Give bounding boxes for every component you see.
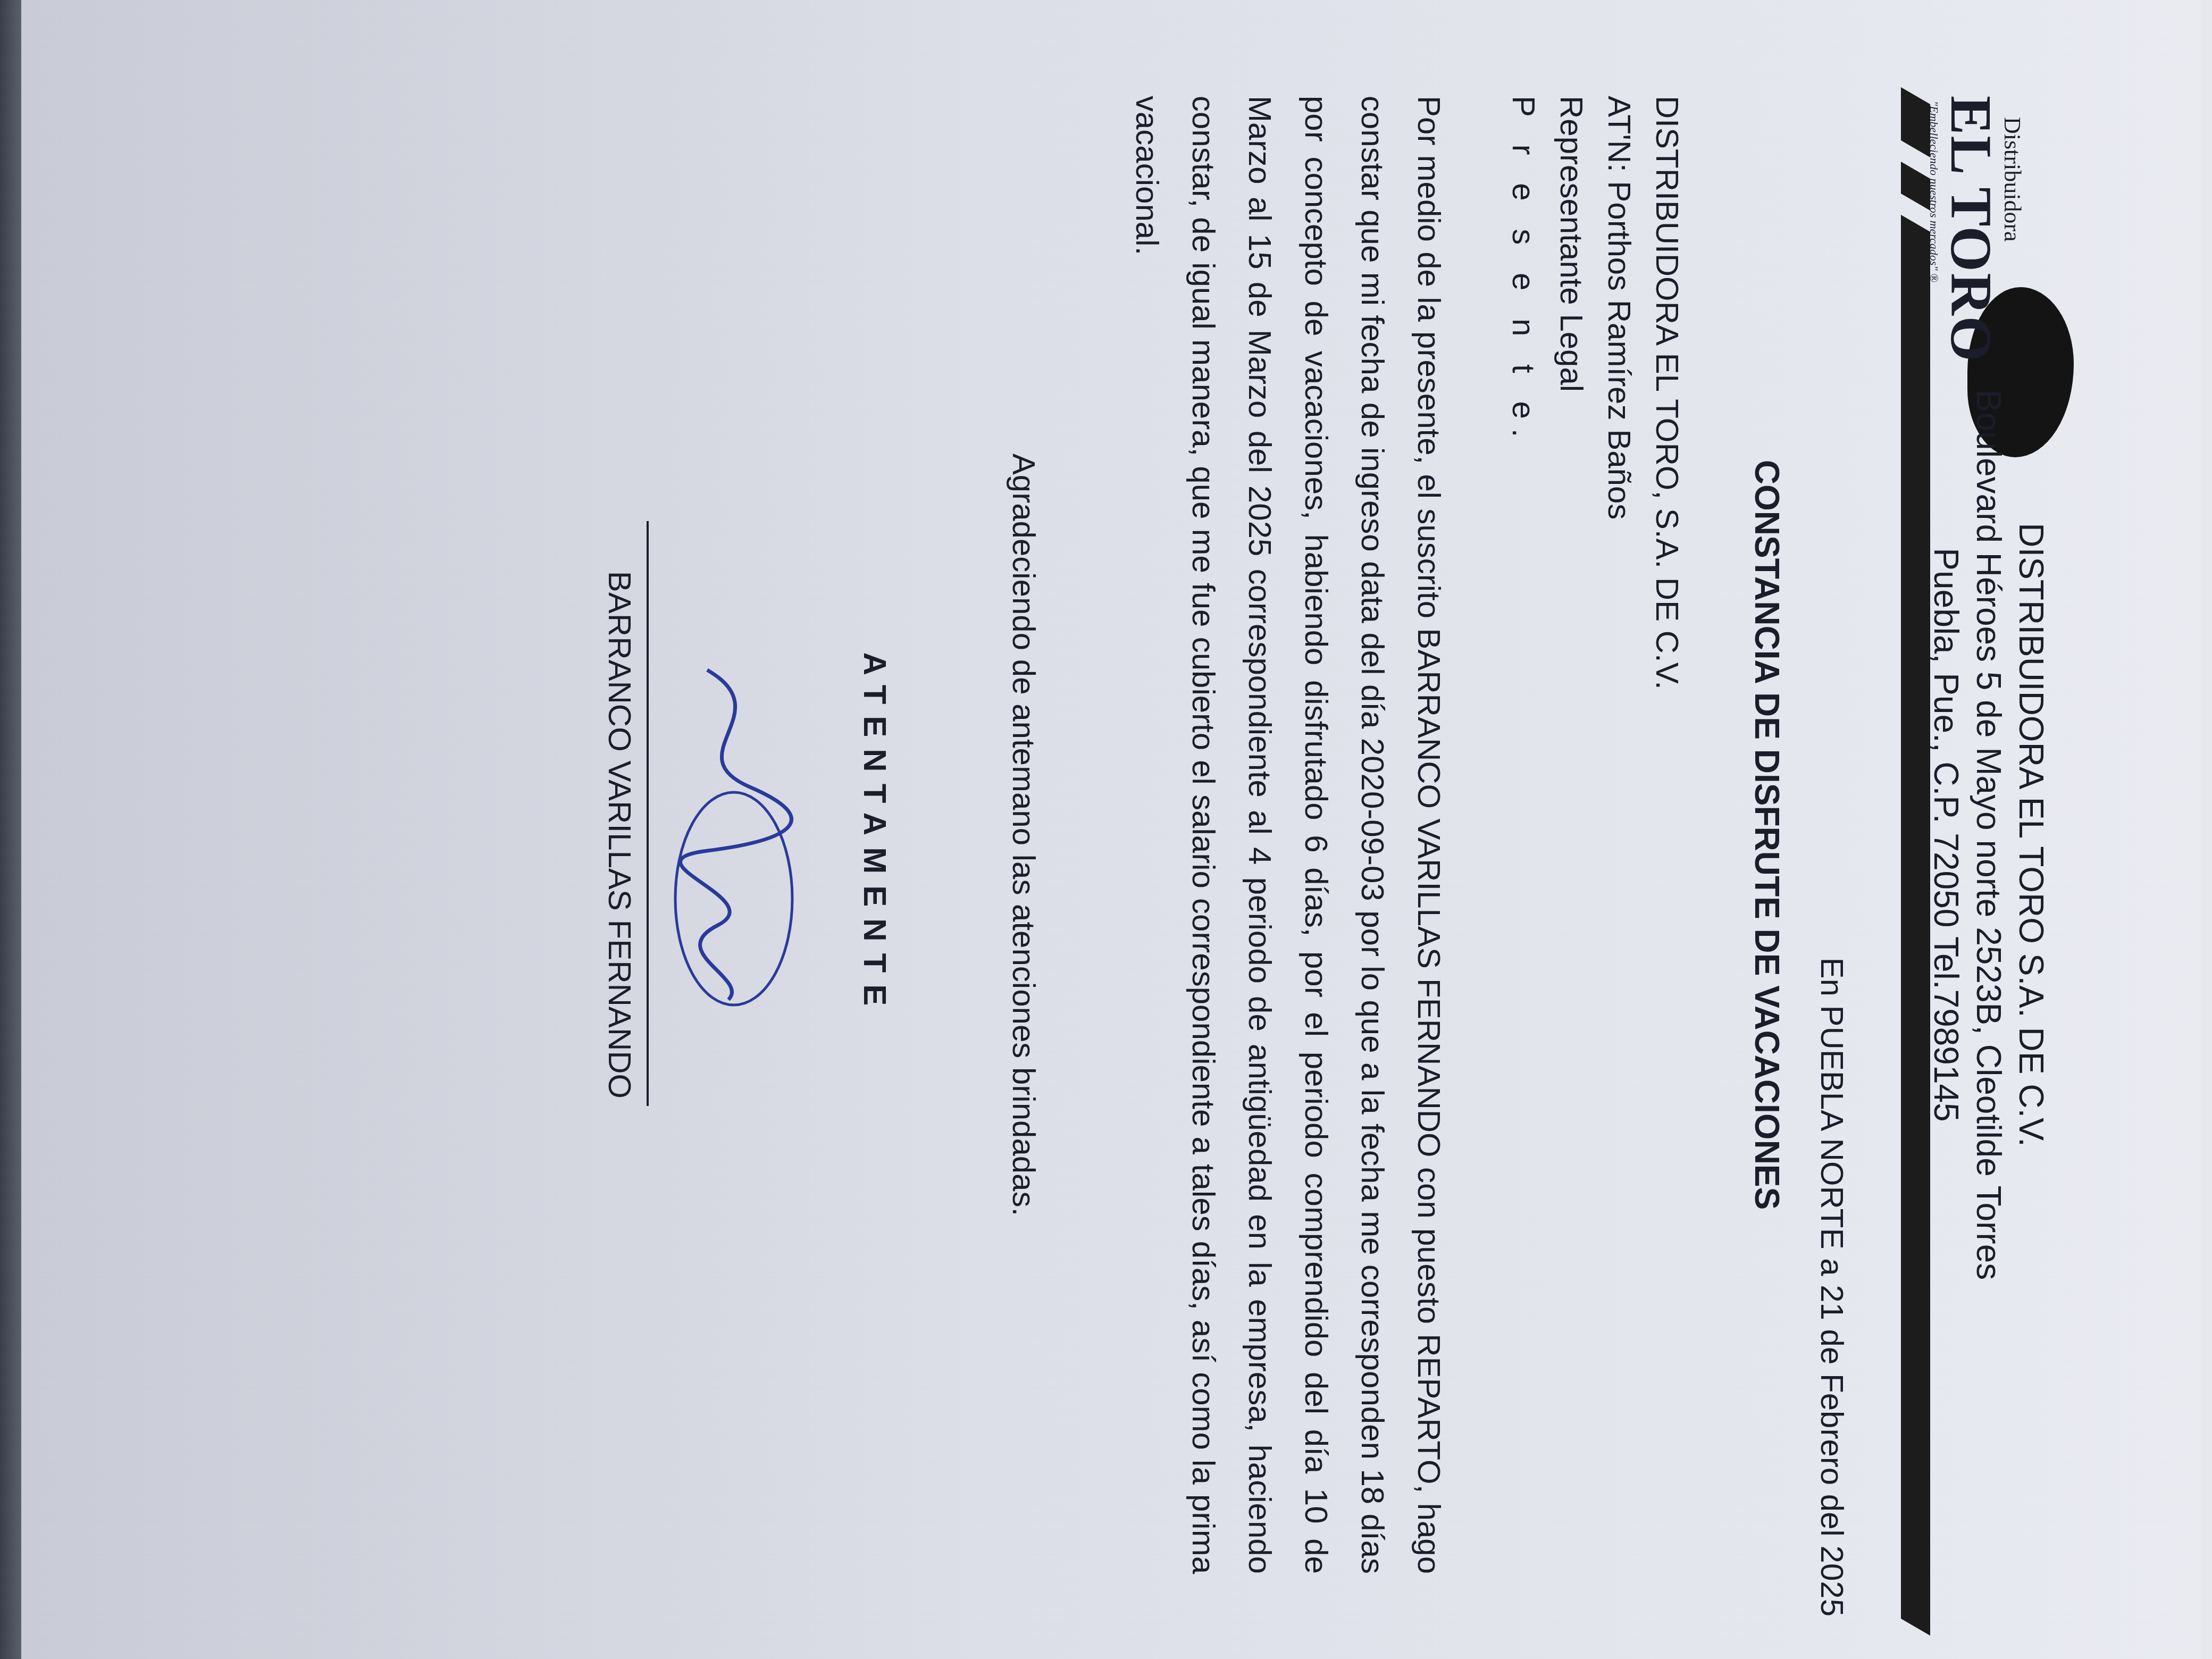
addressee-block: DISTRIBUIDORA EL TORO, S.A. DE C.V. AT'N… <box>1499 96 1691 690</box>
closing: ATENTAMENTE <box>857 21 893 1648</box>
thanks-line: Agradeciendo de antemano las atenciones … <box>1006 21 1042 1648</box>
decorative-bars <box>1898 96 1930 1638</box>
date-line: En PUEBLA NORTE a 21 de Febrero del 2025 <box>1814 957 1850 1616</box>
addressee-attention: AT'N: Porthos Ramírez Baños <box>1595 96 1643 690</box>
addressee-company: DISTRIBUIDORA EL TORO, S.A. DE C.V. <box>1643 96 1691 690</box>
bar-segment <box>1901 215 1930 1636</box>
letterhead-address-1: Boulevard Héroes 5 de Mayo norte 2523B, … <box>1967 21 2010 1648</box>
letterhead: DISTRIBUIDORA EL TORO S.A. DE C.V. Boule… <box>1925 21 2052 1648</box>
signature-line <box>647 521 649 1106</box>
addressee-role: Representante Legal <box>1547 96 1595 690</box>
document-title: CONSTANCIA DE DISFRUTE DE VACACIONES <box>1747 21 1787 1648</box>
addressee-presente: P r e s e n t e. <box>1499 96 1547 690</box>
letterhead-address-2: Puebla, Pue., C.P. 72050 Tel.7989145 <box>1925 21 1967 1648</box>
signature-name: BARRANCO VARILLAS FERNANDO <box>601 21 638 1648</box>
body-paragraph: Por medio de la presente, el suscrito BA… <box>1119 96 1457 1574</box>
letterhead-company: DISTRIBUIDORA EL TORO S.A. DE C.V. <box>2010 21 2052 1648</box>
paper-sheet: Distribuidora EL TORO "Embelleciendo nue… <box>21 0 2201 1659</box>
bar-segment <box>1901 87 1930 157</box>
bar-segment <box>1901 162 1930 211</box>
signature <box>654 649 814 1021</box>
document-page: Distribuidora EL TORO "Embelleciendo nue… <box>96 21 2169 1648</box>
